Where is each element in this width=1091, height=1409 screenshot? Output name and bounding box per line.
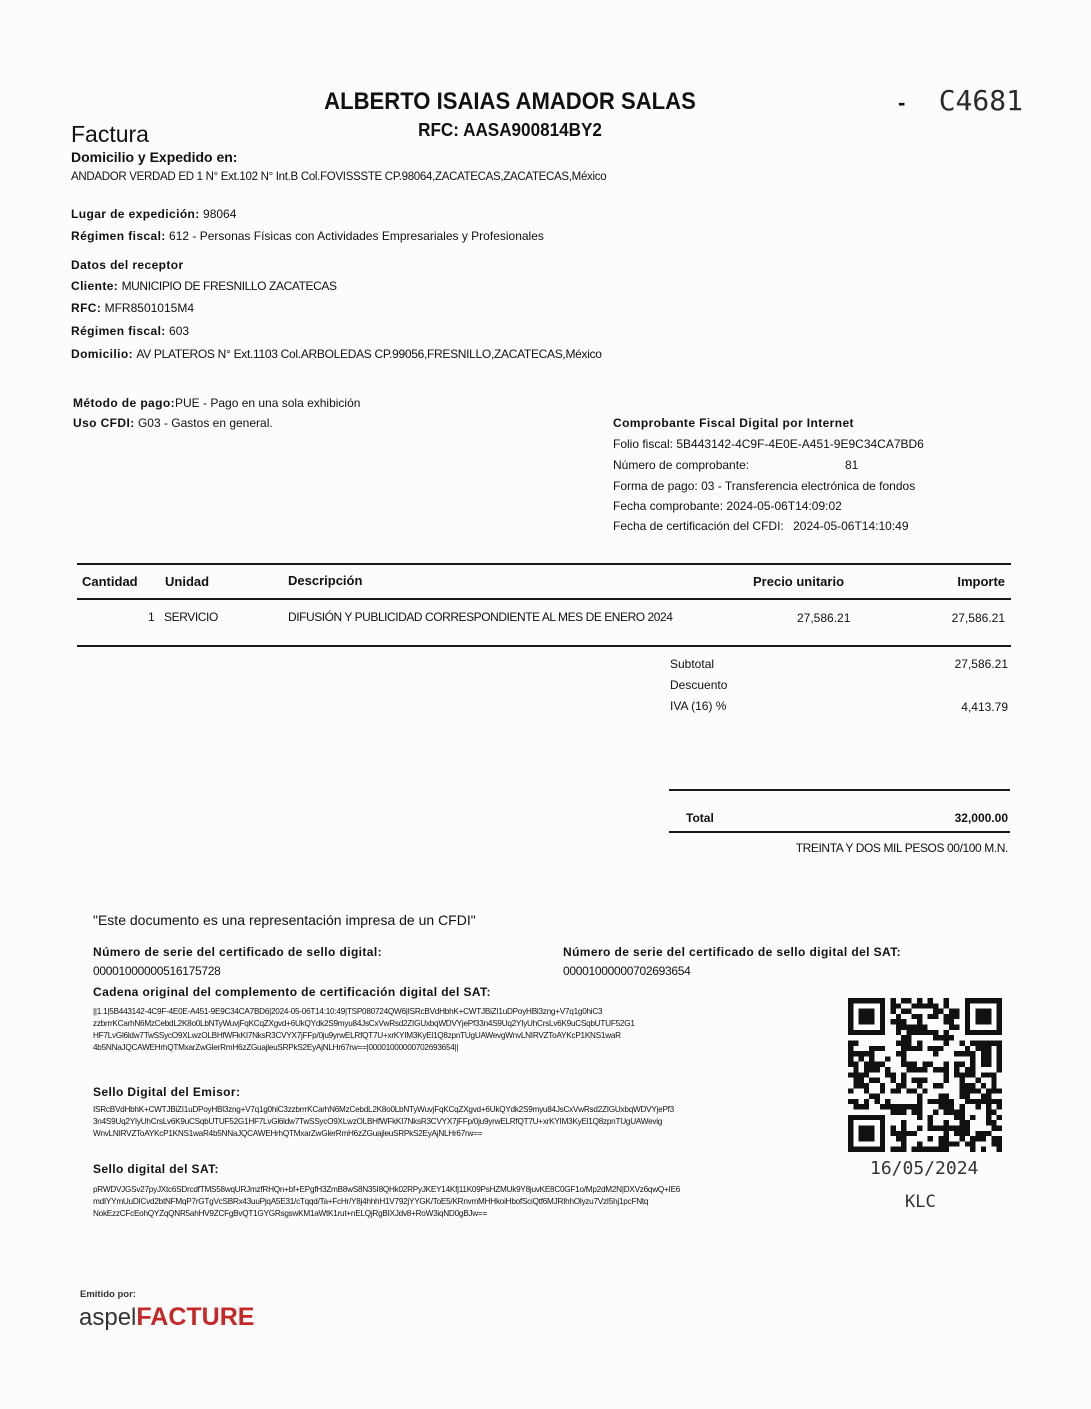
payment-form-label: Forma de pago: <box>613 479 698 493</box>
issuer-regime: Régimen fiscal: 612 - Personas Físicas c… <box>71 229 544 243</box>
row-unit-price: 27,586.21 <box>797 611 850 625</box>
issuer-address-label: Domicilio y Expedido en: <box>71 149 237 165</box>
tax-value: 4,413.79 <box>961 700 1008 714</box>
table-bottom-rule <box>77 645 1011 647</box>
col-unit-price: Precio unitario <box>753 574 844 589</box>
sat-cert-label: Número de serie del certificado de sello… <box>563 945 901 959</box>
receiver-rfc-label: RFC: <box>71 301 101 315</box>
brand-prefix: aspel <box>79 1304 136 1331</box>
cfdi-number: Número de comprobante: <box>613 458 749 472</box>
issuer-seal-line: 3n4S9Uq2YIyUhCrsLv6K9uCSqbUTUF52G1HF7LvG… <box>93 1116 674 1128</box>
total-label: Total <box>686 811 714 825</box>
receiver-address-label: Domicilio: <box>71 347 133 361</box>
cfdi-title: Comprobante Fiscal Digital por Internet <box>613 416 854 430</box>
col-unit: Unidad <box>165 574 209 589</box>
client-label: Cliente: <box>71 279 118 293</box>
handwritten-date: 16/05/2024 <box>870 1158 978 1179</box>
total-top-rule <box>669 789 1010 791</box>
payment-method-label: Método de pago: <box>73 396 175 410</box>
receiver-rfc: RFC: MFR8501015M4 <box>71 301 194 315</box>
cfdi-folio: Folio fiscal: 5B443142-4C9F-4E0E-A451-9E… <box>613 437 924 451</box>
sat-seal-line: NokEzzCFcEohQYZqQNR5ahHV9ZCFgBvQT1GYGRsg… <box>93 1208 680 1220</box>
subtotal-value: 27,586.21 <box>955 657 1008 671</box>
handwritten-dot: - <box>898 90 905 116</box>
cfdi-use-value: G03 - Gastos en general. <box>138 416 273 430</box>
number-label: Número de comprobante: <box>613 458 749 472</box>
issuer-cert-label: Número de serie del certificado de sello… <box>93 945 382 959</box>
cfdi-use: Uso CFDI: G03 - Gastos en general. <box>73 416 273 430</box>
payment-form-value: 03 - Transferencia electrónica de fondos <box>701 479 915 493</box>
receiver-regime: Régimen fiscal: 603 <box>71 324 189 338</box>
chain-label: Cadena original del complemento de certi… <box>93 985 491 999</box>
issuer-name: ALBERTO ISAIAS AMADOR SALAS <box>41 88 979 116</box>
receiver-section-title: Datos del receptor <box>71 258 184 272</box>
chain-line: 4b5NNaJQCAWEHrhQTMxarZwGlerRmH6zZGuajleu… <box>93 1042 635 1054</box>
date-label: Fecha comprobante: <box>613 499 723 513</box>
payment-method: Método de pago:PUE - Pago en una sola ex… <box>73 396 360 410</box>
issuer-rfc-label: RFC: <box>418 120 459 140</box>
total-in-words: TREINTA Y DOS MIL PESOS 00/100 M.N. <box>796 841 1008 855</box>
issuer-regime-label: Régimen fiscal: <box>71 229 166 243</box>
receiver-regime-label: Régimen fiscal: <box>71 324 166 338</box>
cfdi-cert-date: Fecha de certificación del CFDI: 2024-05… <box>613 519 909 533</box>
place-of-issue: Lugar de expedición: 98064 <box>71 207 236 221</box>
document-type: Factura <box>71 121 149 148</box>
row-unit: SERVICIO <box>164 610 218 624</box>
client-value: MUNICIPIO DE FRESNILLO ZACATECAS <box>122 279 337 293</box>
number-value: 81 <box>845 458 858 472</box>
folio-value: 5B443142-4C9F-4E0E-A451-9E9C34CA7BD6 <box>676 437 923 451</box>
qr-code-icon <box>848 998 1002 1152</box>
cfdi-date: Fecha comprobante: 2024-05-06T14:09:02 <box>613 499 842 513</box>
aspel-facture-logo: aspelFACTURE <box>79 1303 254 1332</box>
total-value: 32,000.00 <box>955 811 1008 825</box>
row-description: DIFUSIÓN Y PUBLICIDAD CORRESPONDIENTE AL… <box>288 610 672 624</box>
sat-seal-line: pRWDVJGSv27pyJXtc6SDrcdfTMS58wqURJmzfRHQ… <box>93 1184 680 1196</box>
sat-cert-value: 00001000000702693654 <box>563 964 690 978</box>
place-label: Lugar de expedición: <box>71 207 200 221</box>
chain-line: HF7LvGl6ldw7TwSSycO9XLwzOLBHfWFkKI7NksR3… <box>93 1030 635 1042</box>
discount-label: Descuento <box>670 678 727 692</box>
receiver-address-value: AV PLATEROS N° Ext.1103 Col.ARBOLEDAS CP… <box>136 347 601 361</box>
col-quantity: Cantidad <box>82 574 138 589</box>
cert-date-value: 2024-05-06T14:10:49 <box>793 519 908 533</box>
issuer-seal-block: ISRcBVdHbhK+CWTJBiZI1uDPoyHBl3zng+V7q1g0… <box>93 1104 674 1140</box>
col-description: Descripción <box>288 573 362 588</box>
total-bottom-rule <box>669 831 1010 833</box>
folio-label: Folio fiscal: <box>613 437 673 451</box>
brand-name: FACTURE <box>136 1303 254 1331</box>
chain-line: ||1.1|5B443142-4C9F-4E0E-A451-9E9C34CA7B… <box>93 1006 635 1018</box>
payment-method-value: PUE - Pago en una sola exhibición <box>175 396 360 410</box>
handwritten-initials: KLC <box>905 1192 936 1212</box>
cfdi-use-label: Uso CFDI: <box>73 416 135 430</box>
row-quantity: 1 <box>148 610 155 624</box>
tax-label: IVA (16) % <box>670 699 726 713</box>
issuer-rfc: RFC: AASA900814BY2 <box>26 120 995 141</box>
representation-note: "Este documento es una representación im… <box>93 912 476 928</box>
col-amount: Importe <box>957 574 1005 589</box>
issued-by-label: Emitido por: <box>80 1289 136 1300</box>
chain-line: zzbrrrKCarhN6MzCebdL2K8o0LbNTyWuvjFqKCqZ… <box>93 1018 635 1030</box>
sat-seal-line: mdIYYmUuDICvd2btNFMqP7rGTgVcSBRx43uuPjqA… <box>93 1196 680 1208</box>
issuer-seal-line: WnvLNIRVZToAYKcP1KNS1waR4b5NNaJQCAWEHrhQ… <box>93 1128 674 1140</box>
cfdi-payment-form: Forma de pago: 03 - Transferencia electr… <box>613 479 915 493</box>
issuer-address: ANDADOR VERDAD ED 1 N° Ext.102 N° Int.B … <box>71 171 606 183</box>
sat-seal-block: pRWDVJGSv27pyJXtc6SDrcdfTMS58wqURJmzfRHQ… <box>93 1184 680 1220</box>
receiver-regime-value: 603 <box>169 324 189 338</box>
handwritten-folio: C4681 <box>939 84 1023 117</box>
table-top-rule <box>77 563 1011 565</box>
issuer-seal-label: Sello Digital del Emisor: <box>93 1085 240 1099</box>
date-value: 2024-05-06T14:09:02 <box>726 499 841 513</box>
row-amount: 27,586.21 <box>952 611 1005 625</box>
receiver-rfc-value: MFR8501015M4 <box>105 301 194 315</box>
receiver-address: Domicilio: AV PLATEROS N° Ext.1103 Col.A… <box>71 347 602 361</box>
issuer-rfc-value: AASA900814BY2 <box>463 120 602 140</box>
receiver-client: Cliente: MUNICIPIO DE FRESNILLO ZACATECA… <box>71 279 337 293</box>
issuer-seal-line: ISRcBVdHbhK+CWTJBiZI1uDPoyHBl3zng+V7q1g0… <box>93 1104 674 1116</box>
subtotal-label: Subtotal <box>670 657 714 671</box>
issuer-regime-value: 612 - Personas Físicas con Actividades E… <box>169 229 544 243</box>
chain-block: ||1.1|5B443142-4C9F-4E0E-A451-9E9C34CA7B… <box>93 1006 635 1054</box>
issuer-cert-value: 00001000000516175728 <box>93 964 220 978</box>
sat-seal-label: Sello digital del SAT: <box>93 1162 219 1176</box>
table-header-rule <box>77 598 1011 600</box>
cert-date-label: Fecha de certificación del CFDI: <box>613 519 784 533</box>
place-value: 98064 <box>203 207 236 221</box>
